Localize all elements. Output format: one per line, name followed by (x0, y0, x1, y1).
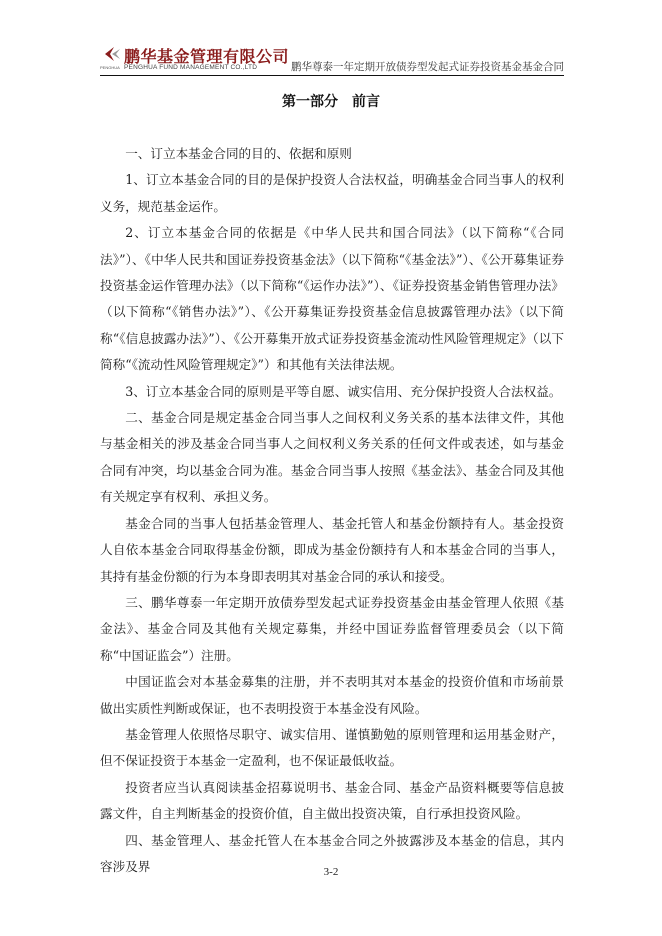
penghua-logo-icon (100, 46, 122, 62)
paragraph: 基金管理人依照恪尽职守、诚实信用、谨慎勤勉的原则管理和运用基金财产，但不保证投资… (100, 722, 564, 775)
paragraph: 1、订立本基金合同的目的是保护投资人合法权益，明确基金合同当事人的权利义务，规范… (100, 167, 564, 220)
document-body: 一、订立本基金合同的目的、依据和原则 1、订立本基金合同的目的是保护投资人合法权… (100, 141, 564, 880)
header-divider (100, 75, 564, 76)
company-name-en: PENGHUA FUND MANAGEMENT CO.,LTD (124, 64, 257, 71)
paragraph: 投资者应当认真阅读基金招募说明书、基金合同、基金产品资料概要等信息披露文件，自主… (100, 775, 564, 828)
paragraph: 一、订立本基金合同的目的、依据和原则 (100, 141, 564, 167)
section-title: 第一部分 前言 (0, 91, 662, 111)
paragraph: 基金合同的当事人包括基金管理人、基金托管人和基金份额持有人。基金投资人自依本基金… (100, 511, 564, 590)
document-page: 鹏华基金管理有限公司 PENGHUA PENGHUA FUND MANAGEME… (0, 0, 662, 936)
paragraph: 二、基金合同是规定基金合同当事人之间权利义务关系的基本法律文件，其他与基金相关的… (100, 405, 564, 511)
document-name: 鹏华尊泰一年定期开放债券型发起式证券投资基金基金合同 (291, 59, 564, 74)
page-header: 鹏华基金管理有限公司 PENGHUA PENGHUA FUND MANAGEME… (100, 44, 564, 78)
paragraph: 三、鹏华尊泰一年定期开放债券型发起式证券投资基金由基金管理人依照《基金法》、基金… (100, 590, 564, 669)
paragraph: 中国证监会对本基金募集的注册，并不表明其对本基金的投资价值和市场前景做出实质性判… (100, 669, 564, 722)
paragraph: 2、订立本基金合同的依据是《中华人民共和国合同法》（以下简称“《合同法》”）、《… (100, 220, 564, 378)
company-logo: 鹏华基金管理有限公司 PENGHUA PENGHUA FUND MANAGEME… (100, 44, 300, 74)
paragraph: 3、订立本基金合同的原则是平等自愿、诚实信用、充分保护投资人合法权益。 (100, 379, 564, 405)
company-name-en-small: PENGHUA (100, 65, 120, 70)
page-number: 3-2 (0, 866, 662, 878)
